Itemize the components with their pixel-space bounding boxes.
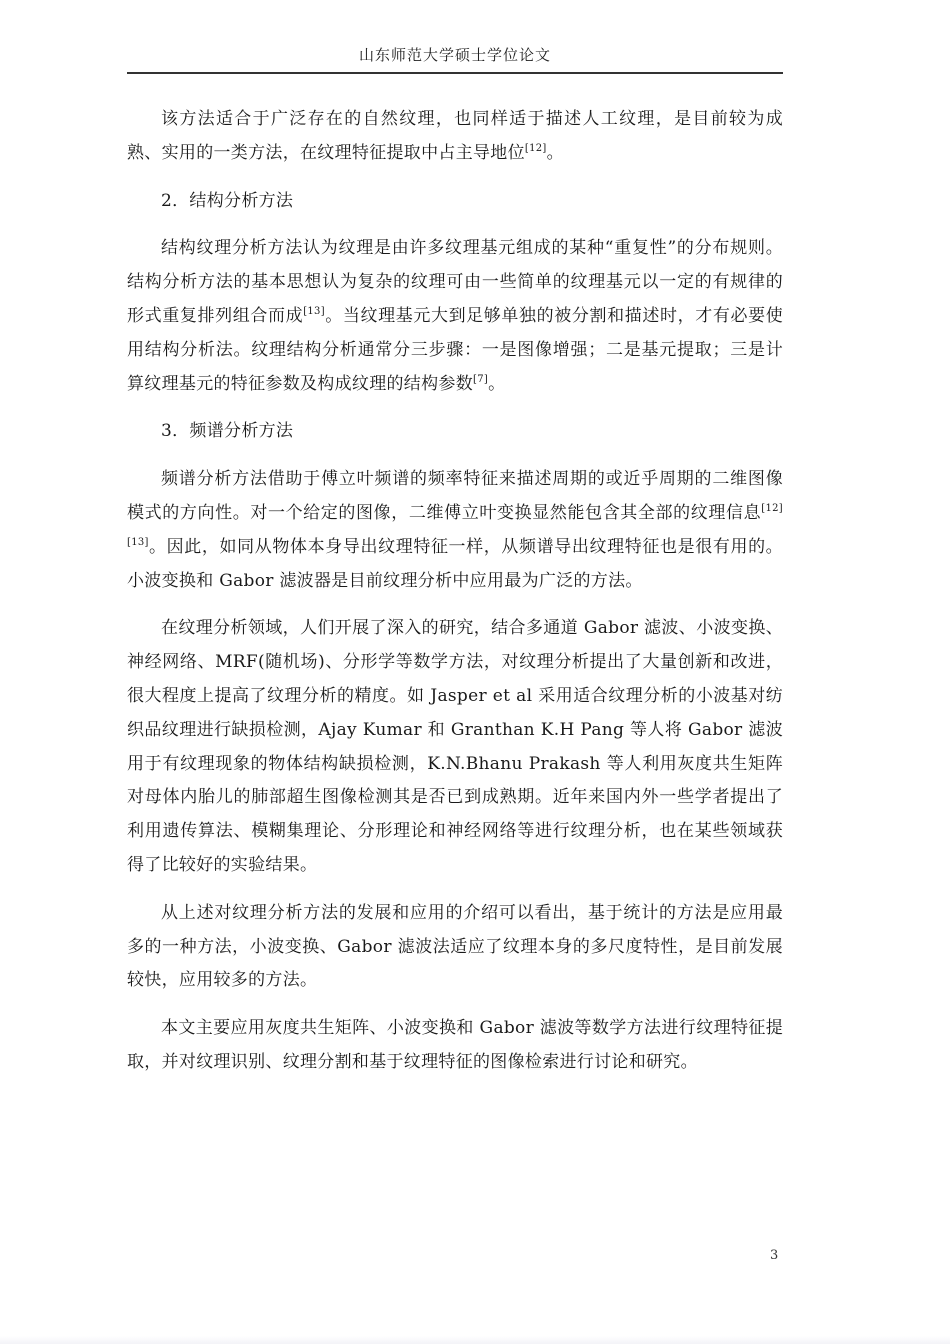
section-heading-spectral: 3．频谱分析方法	[127, 415, 783, 449]
paragraph-text: 该方法适合于广泛存在的自然纹理，也同样适于描述人工纹理，是目前较为成熟、实用的一…	[127, 109, 783, 163]
citation: [12]	[525, 143, 547, 154]
citation: [13]	[303, 306, 325, 317]
running-header: 山东师范大学硕士学位论文	[127, 44, 783, 65]
paragraph-thesis-scope: 本文主要应用灰度共生矩阵、小波变换和 Gabor 滤波等数学方法进行纹理特征提取…	[127, 1012, 783, 1080]
paragraph-text: 。因此，如同从物体本身导出纹理特征一样，从频谱导出纹理特征也是很有用的。小波变换…	[127, 537, 783, 591]
citation: [7]	[473, 374, 488, 385]
paragraph-tail: 。	[488, 374, 505, 394]
paragraph-statistical-summary: 该方法适合于广泛存在的自然纹理，也同样适于描述人工纹理，是目前较为成熟、实用的一…	[127, 103, 783, 171]
paragraph-research-overview: 在纹理分析领域，人们开展了深入的研究，结合多通道 Gabor 滤波、小波变换、神…	[127, 612, 783, 882]
paragraph-structural: 结构纹理分析方法认为纹理是由许多纹理基元组成的某种“重复性”的分布规则。结构分析…	[127, 232, 783, 401]
paragraph-tail: 。	[547, 143, 564, 163]
body-text: 该方法适合于广泛存在的自然纹理，也同样适于描述人工纹理，是目前较为成熟、实用的一…	[127, 103, 783, 1094]
paragraph-spectral: 频谱分析方法借助于傅立叶频谱的频率特征来描述周期的或近乎周期的二维图像模式的方向…	[127, 463, 783, 598]
page-number: 3	[770, 1248, 778, 1263]
section-heading-structural: 2．结构分析方法	[127, 185, 783, 219]
header-rule	[127, 72, 783, 74]
scan-edge	[0, 1336, 950, 1344]
paragraph-text: 频谱分析方法借助于傅立叶频谱的频率特征来描述周期的或近乎周期的二维图像模式的方向…	[127, 469, 783, 523]
paragraph-methods-summary: 从上述对纹理分析方法的发展和应用的介绍可以看出，基于统计的方法是应用最多的一种方…	[127, 897, 783, 998]
